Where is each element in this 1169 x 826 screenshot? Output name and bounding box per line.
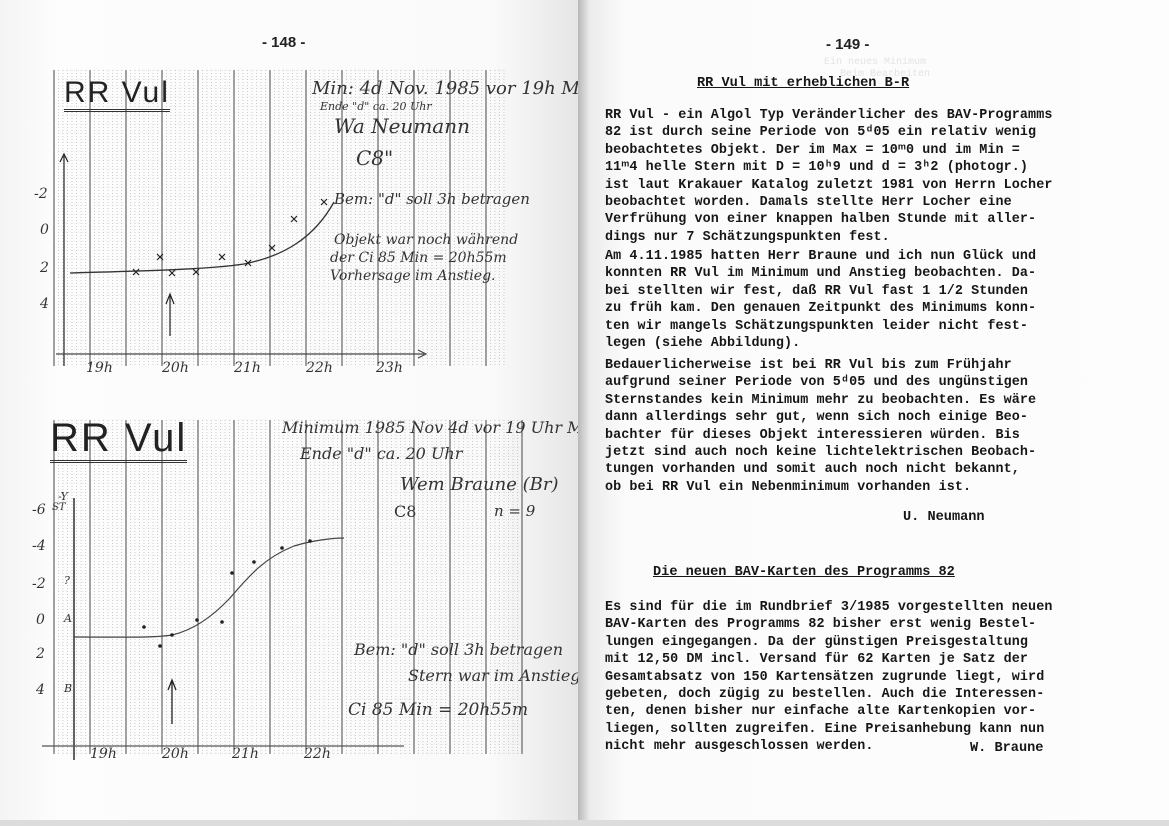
note-count: n = 9: [494, 502, 535, 520]
note-line-1: Objekt war noch während: [334, 232, 518, 248]
article-heading: Die neuen BAV-Karten des Programms 82: [653, 565, 955, 580]
light-curve-chart-braune: RR Vul Minimum 1985 Nov 4d vor 19 Uhr ME…: [34, 410, 534, 770]
y-tick-inner: B: [64, 682, 72, 695]
article-paragraph: Es sind für die im Rundbrief 3/1985 vorg…: [605, 599, 1115, 756]
y-tick: 2: [36, 646, 45, 662]
note-bem: Bem: "d" soll 3h betragen: [354, 640, 563, 659]
y-tick: 2: [40, 260, 49, 276]
chart-title: RR Vul: [50, 416, 187, 461]
y-tick-inner: ST: [52, 502, 66, 513]
x-tick: 20h: [162, 746, 189, 762]
light-curve-chart-neumann: RR Vul Min: 4d Nov. 1985 vor 19h MEZ End…: [34, 66, 534, 376]
article-paragraph: Am 4.11.1985 hatten Herr Braune und ich …: [605, 248, 1115, 352]
article-heading: RR Vul mit erheblichen B-R: [697, 76, 909, 91]
y-tick-inner: A: [64, 612, 72, 625]
note-minimum: Minimum 1985 Nov 4d vor 19 Uhr MEZ: [282, 418, 606, 437]
note-end-d: Ende "d" ca. 20 Uhr: [320, 100, 432, 113]
y-tick: -2: [34, 186, 48, 202]
y-tick: 4: [40, 296, 49, 312]
x-tick: 21h: [232, 746, 259, 762]
x-tick: 22h: [306, 360, 333, 376]
y-tick: 0: [40, 222, 49, 238]
page-edge: [0, 820, 578, 826]
page-number: - 148 -: [262, 34, 305, 51]
y-tick: 0: [36, 612, 45, 628]
x-tick: 19h: [86, 360, 113, 376]
signature: W. Braune: [970, 741, 1043, 756]
note-line-3: Vorhersage im Anstieg.: [330, 268, 495, 284]
y-tick: 4: [36, 682, 45, 698]
note-rising: Stern war im Anstieg: [408, 666, 581, 685]
x-tick: 21h: [234, 360, 261, 376]
article-paragraph: Bedauerlicherweise ist bei RR Vul bis zu…: [605, 357, 1115, 496]
signature: U. Neumann: [903, 510, 985, 525]
graph-paper-grid: [34, 66, 534, 376]
chart-title: RR Vul: [64, 76, 170, 110]
note-min-time: Min: 4d Nov. 1985 vor 19h MEZ: [312, 78, 605, 99]
page-edge: [578, 820, 1169, 826]
note-bem: Bem: "d" soll 3h betragen: [334, 190, 530, 208]
note-observer: Wem Braune (Br): [400, 474, 558, 495]
left-page: - 148 - RR Vul Min: 4d Nov. 1985 vor 19h…: [0, 0, 578, 826]
y-tick: -2: [32, 576, 46, 592]
x-tick: 22h: [304, 746, 331, 762]
article-paragraph: RR Vul - ein Algol Typ Veränderlicher de…: [605, 107, 1115, 246]
y-tick: -6: [32, 502, 46, 518]
note-end-d: Ende "d" ca. 20 Uhr: [300, 444, 462, 463]
note-line-2: der Ci 85 Min = 20h55m: [330, 250, 507, 266]
note-telescope: C8": [356, 146, 393, 170]
y-tick-inner: ?: [64, 574, 70, 587]
x-tick: 20h: [162, 360, 189, 376]
x-tick: 23h: [376, 360, 403, 376]
y-tick: -4: [32, 538, 46, 554]
x-tick: 19h: [90, 746, 117, 762]
bleed-through-text: Ein neues Minimum: [824, 57, 926, 68]
note-observer: Wa Neumann: [334, 114, 470, 138]
page-number: - 149 -: [826, 36, 869, 53]
note-telescope: C8: [394, 502, 416, 521]
note-prediction: Ci 85 Min = 20h55m: [348, 700, 528, 720]
